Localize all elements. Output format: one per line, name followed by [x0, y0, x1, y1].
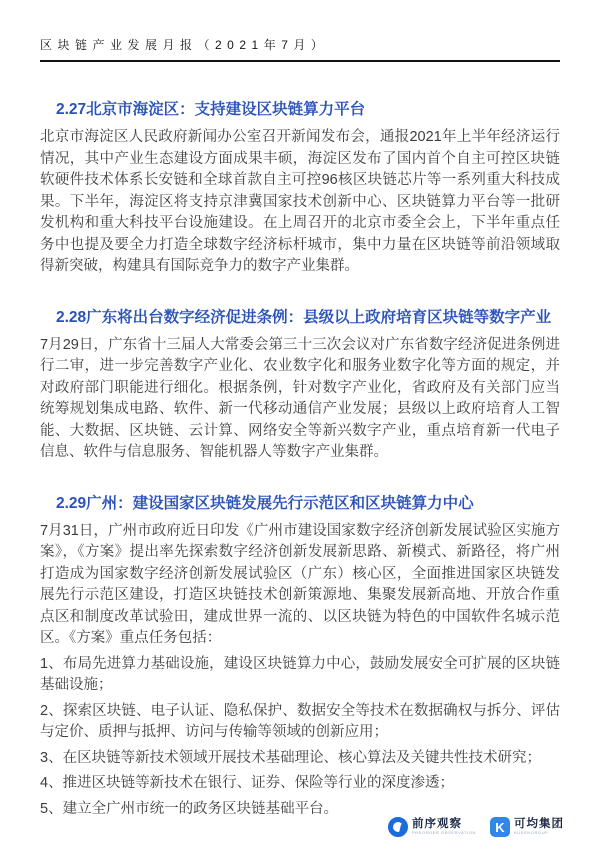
section-2-28: 2.28广东将出台数字经济促进条例：县级以上政府培育区块链等数字产业 7月29日… — [40, 307, 560, 464]
section-2-29: 2.29广州：建设国家区块链发展先行示范区和区块链算力中心 7月31日，广州市政… — [40, 493, 560, 821]
header-divider — [40, 60, 560, 62]
list-item: 4、推进区块链等新技术在银行、证券、保险等行业的深度渗透； — [40, 773, 560, 795]
logo-kejun-group: K 可均集团 KUEENGROUP — [490, 817, 564, 837]
page-header: 区块链产业发展月报（2021年7月） — [0, 0, 600, 62]
section-paragraph: 7月31日，广州市政府近日印发《广州市建设国家数字经济创新发展试验区实施方案》，… — [40, 521, 560, 650]
list-item: 2、探索区块链、电子认证、隐私保护、数据安全等技术在数据确权与拆分、评估与定价、… — [40, 701, 560, 744]
report-page: 区块链产业发展月报（2021年7月） 2.27北京市海淀区：支持建设区块链算力平… — [0, 0, 600, 849]
footer-logos: 前序观察 PREORDER OBSERVATION K 可均集团 KUEENGR… — [388, 817, 564, 837]
section-heading: 2.28广东将出台数字经济促进条例：县级以上政府培育区块链等数字产业 — [40, 307, 560, 328]
logo-preorder-observation: 前序观察 PREORDER OBSERVATION — [388, 817, 476, 837]
logo-subtext: KUEENGROUP — [514, 831, 564, 835]
k-icon: K — [490, 817, 510, 837]
section-heading: 2.29广州：建设国家区块链发展先行示范区和区块链算力中心 — [40, 493, 560, 514]
list-item: 3、在区块链等新技术领域开展技术基础理论、核心算法及关键共性技术研究； — [40, 748, 560, 770]
report-content: 2.27北京市海淀区：支持建设区块链算力平台 北京市海淀区人民政府新闻办公室召开… — [0, 99, 600, 820]
section-2-27: 2.27北京市海淀区：支持建设区块链算力平台 北京市海淀区人民政府新闻办公室召开… — [40, 99, 560, 278]
circle-a-icon — [388, 817, 408, 837]
report-title: 区块链产业发展月报（2021年7月） — [40, 36, 560, 53]
section-paragraph: 北京市海淀区人民政府新闻办公室召开新闻发布会，通报2021年上半年经济运行情况，… — [40, 127, 560, 278]
list-item: 1、布局先进算力基础设施，建设区块链算力中心，鼓励发展安全可扩展的区块链基础设施… — [40, 654, 560, 697]
section-heading: 2.27北京市海淀区：支持建设区块链算力平台 — [40, 99, 560, 120]
section-paragraph: 7月29日，广东省十三届人大常委会第三十三次会议对广东省数字经济促进条例进行二审… — [40, 335, 560, 464]
logo-subtext: PREORDER OBSERVATION — [412, 831, 476, 835]
